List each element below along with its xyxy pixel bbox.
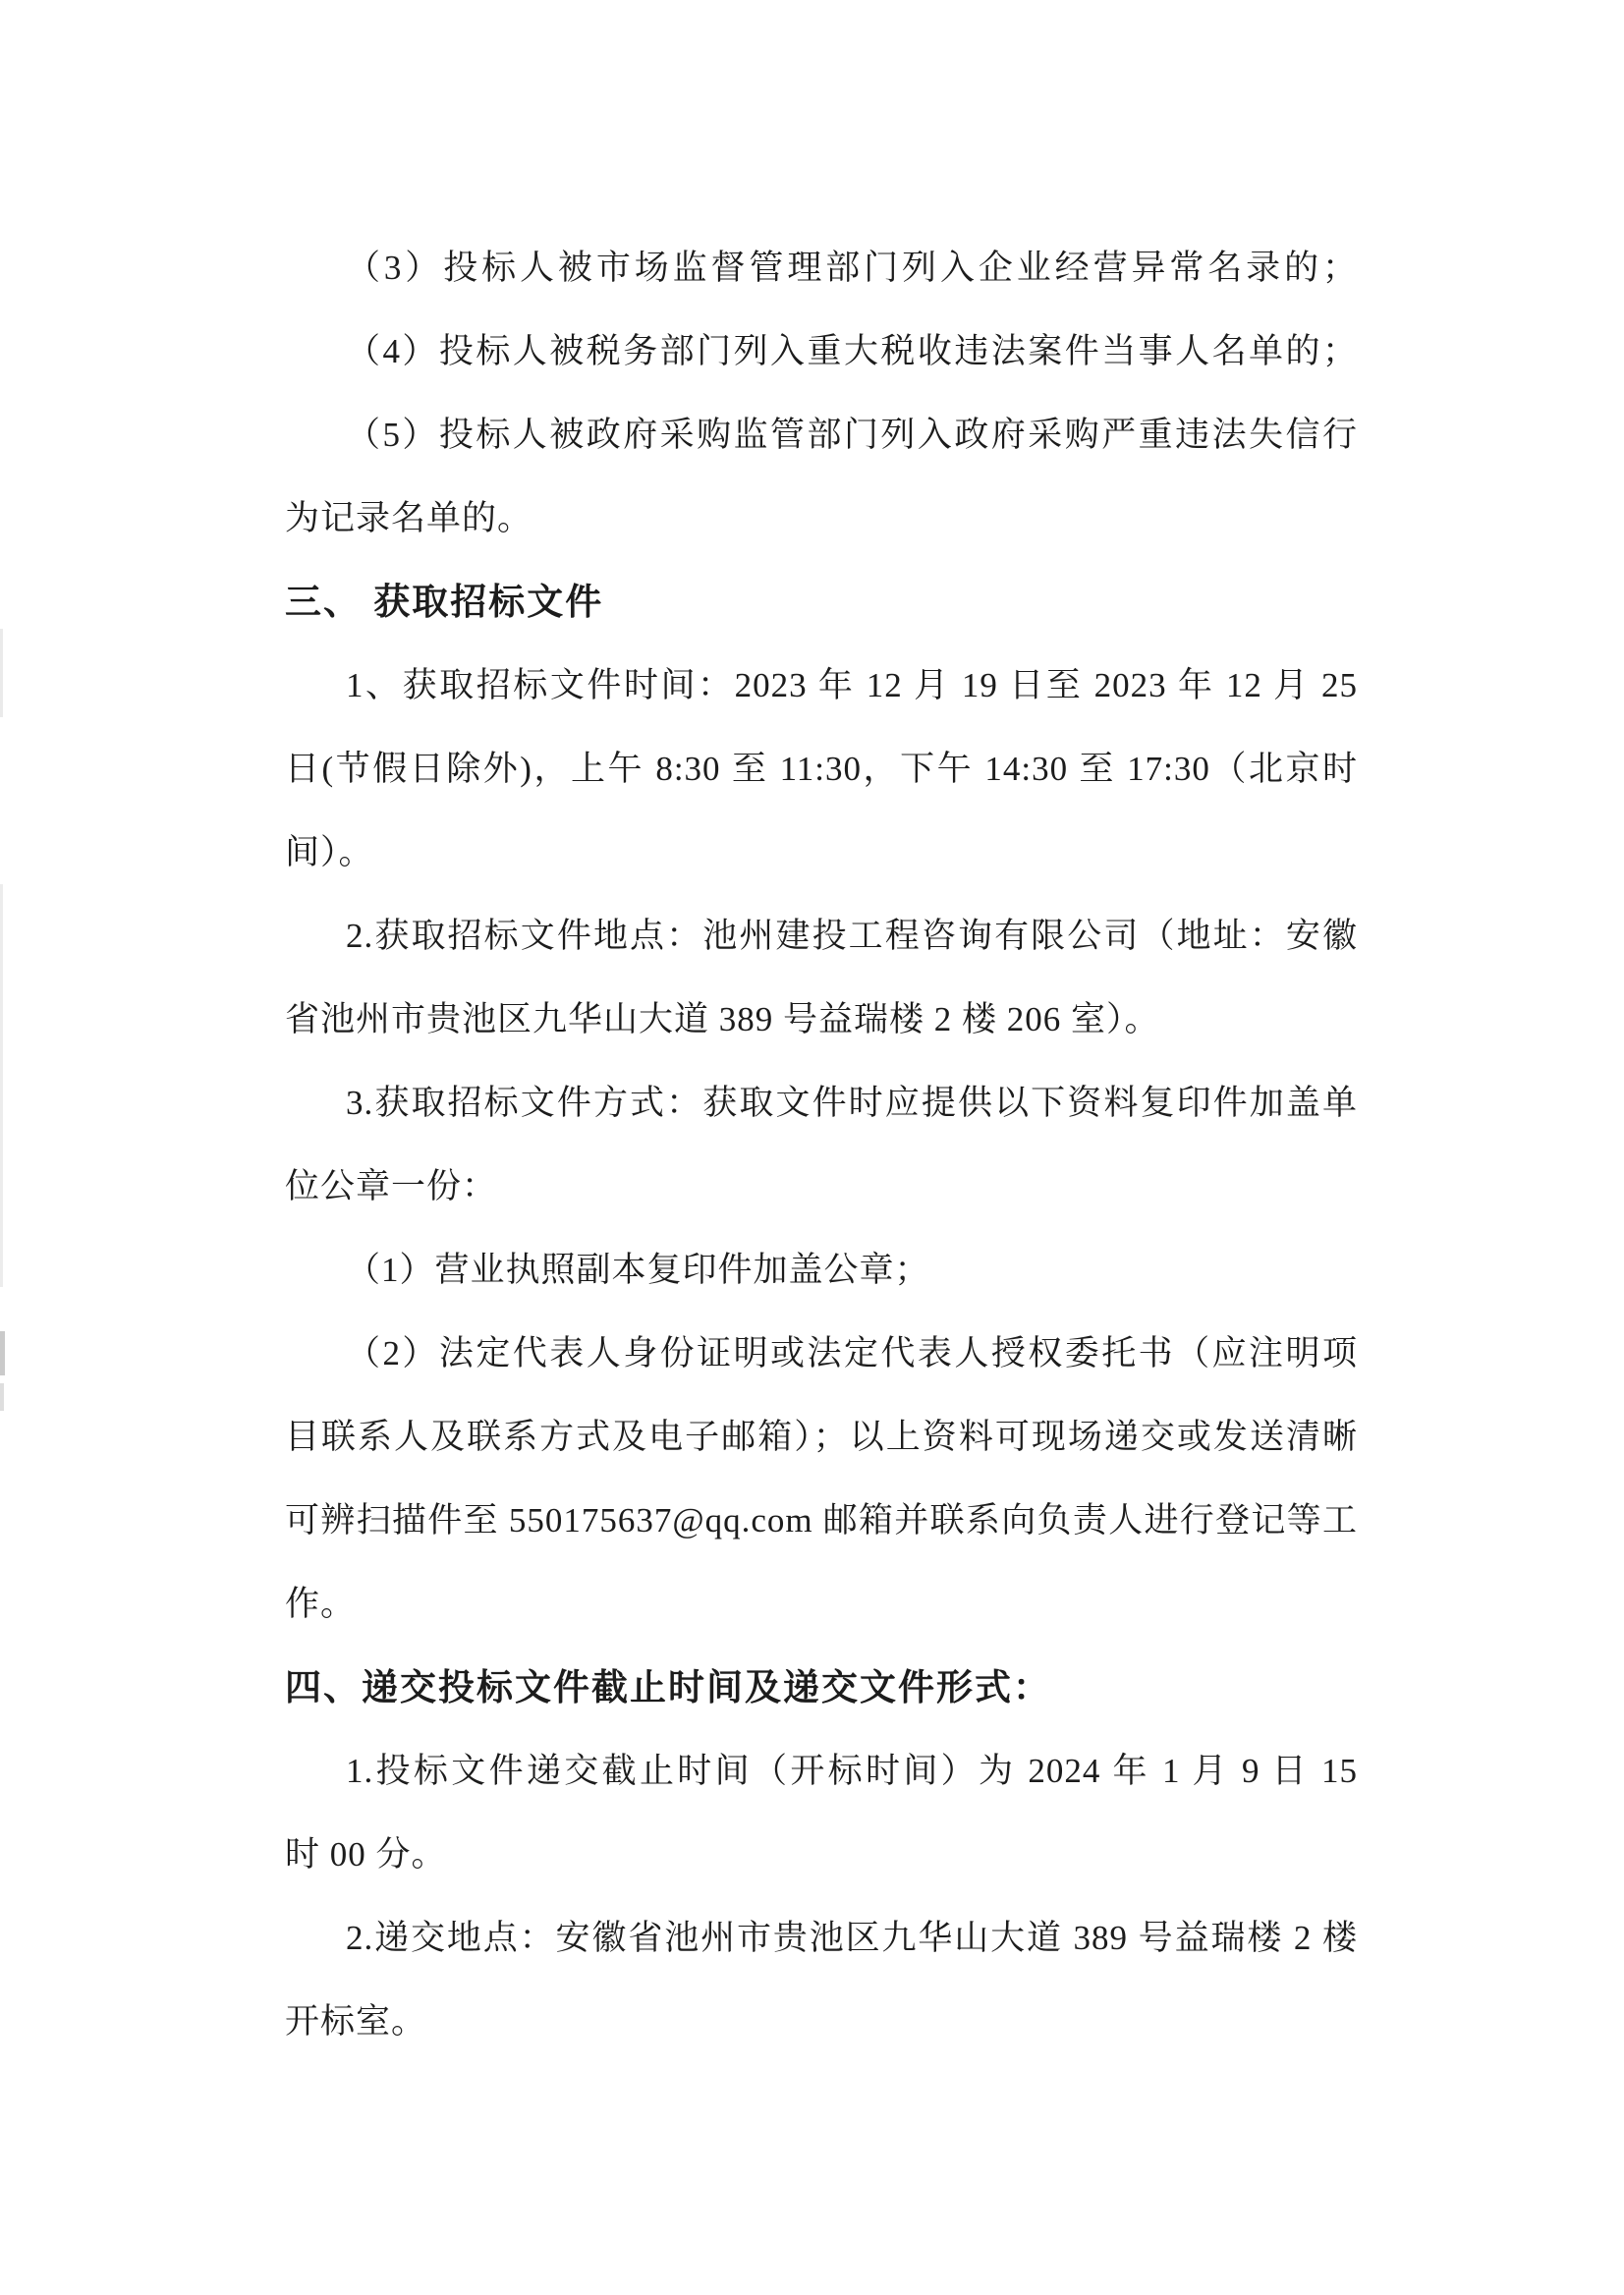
section-3-heading: 三、 获取招标文件 bbox=[285, 560, 1358, 644]
section-4-heading: 四、递交投标文件截止时间及递交文件形式： bbox=[285, 1646, 1358, 1729]
section-4-item-1-line-2: 时 00 分。 bbox=[285, 1813, 1358, 1896]
section-3-item-3-line-1: 3.获取招标文件方式：获取文件时应提供以下资料复印件加盖单 bbox=[285, 1061, 1358, 1145]
scan-edge-artifact bbox=[0, 1331, 5, 1375]
section-3-item-1-line-3: 间）。 bbox=[285, 811, 1358, 894]
clause-item-4: （4）投标人被税务部门列入重大税收违法案件当事人名单的； bbox=[285, 309, 1358, 393]
section-3-subitem-2-line-2: 目联系人及联系方式及电子邮箱）；以上资料可现场递交或发送清晰 bbox=[285, 1395, 1358, 1479]
document-body: （3）投标人被市场监督管理部门列入企业经营异常名录的； （4）投标人被税务部门列… bbox=[285, 226, 1358, 2063]
section-3-item-2-line-1: 2.获取招标文件地点：池州建投工程咨询有限公司（地址：安徽 bbox=[285, 894, 1358, 978]
scan-edge-artifact bbox=[0, 1383, 4, 1411]
clause-item-3: （3）投标人被市场监督管理部门列入企业经营异常名录的； bbox=[285, 226, 1358, 309]
scan-edge-artifact bbox=[0, 629, 3, 717]
section-4-item-2-line-1: 2.递交地点：安徽省池州市贵池区九华山大道 389 号益瑞楼 2 楼 bbox=[285, 1896, 1358, 1980]
section-3-item-3-line-2: 位公章一份： bbox=[285, 1145, 1358, 1228]
section-3-subitem-2-line-3: 可辨扫描件至 550175637@qq.com 邮箱并联系向负责人进行登记等工 bbox=[285, 1479, 1358, 1562]
section-3-item-1-line-1: 1、获取招标文件时间：2023 年 12 月 19 日至 2023 年 12 月… bbox=[285, 644, 1358, 727]
section-4-item-1-line-1: 1.投标文件递交截止时间（开标时间）为 2024 年 1 月 9 日 15 bbox=[285, 1729, 1358, 1813]
scan-edge-artifact bbox=[0, 884, 3, 1287]
section-4-item-2-line-2: 开标室。 bbox=[285, 1980, 1358, 2063]
clause-item-5-line-1: （5）投标人被政府采购监管部门列入政府采购严重违法失信行 bbox=[285, 393, 1358, 476]
section-3-subitem-1: （1）营业执照副本复印件加盖公章； bbox=[285, 1228, 1358, 1312]
section-3-item-2-line-2: 省池州市贵池区九华山大道 389 号益瑞楼 2 楼 206 室）。 bbox=[285, 978, 1358, 1061]
section-3-item-1-line-2: 日(节假日除外)，上午 8:30 至 11:30，下午 14:30 至 17:3… bbox=[285, 727, 1358, 811]
section-3-subitem-2-line-1: （2）法定代表人身份证明或法定代表人授权委托书（应注明项 bbox=[285, 1312, 1358, 1395]
clause-item-5-line-2: 为记录名单的。 bbox=[285, 476, 1358, 560]
document-page: （3）投标人被市场监督管理部门列入企业经营异常名录的； （4）投标人被税务部门列… bbox=[0, 0, 1624, 2295]
section-3-subitem-2-line-4: 作。 bbox=[285, 1562, 1358, 1646]
